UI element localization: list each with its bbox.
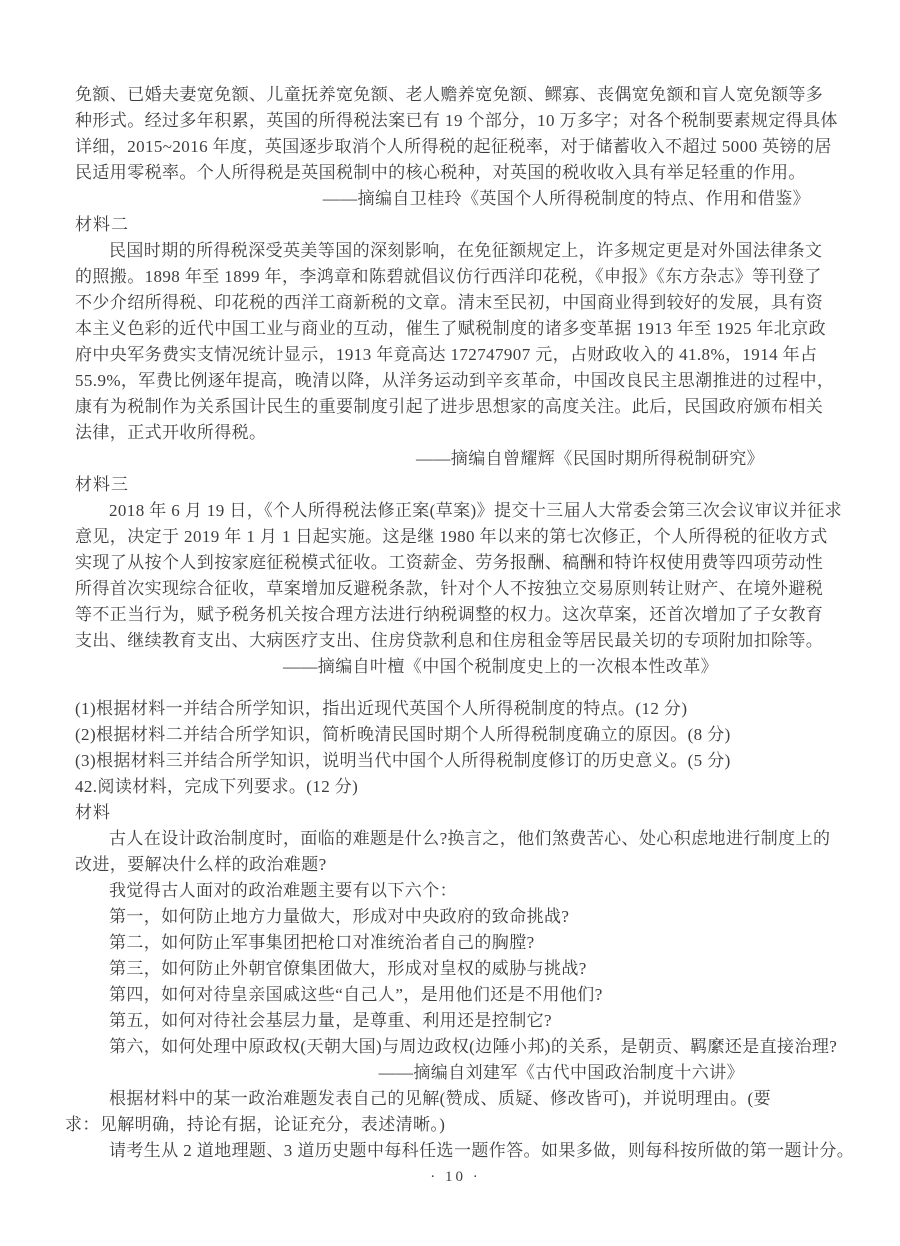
- material-one-text-line: 详细，2015~2016 年度，英国逐步取消个人所得税的起征税率，对于储蓄收入不…: [75, 134, 836, 160]
- question-42-item-5: 第五，如何对待社会基层力量，是尊重、利用还是控制它?: [75, 1008, 836, 1034]
- question-42-item-4: 第四，如何对待皇亲国戚这些“自己人”，是用他们还是不用他们?: [75, 982, 836, 1008]
- material-two-text-line: 法律，正式开收所得税。: [75, 420, 836, 446]
- question-42-intro: 42.阅读材料，完成下列要求。(12 分): [75, 774, 836, 800]
- question-42-text-line: 古人在设计政治制度时，面临的难题是什么?换言之，他们煞费苦心、处心积虑地进行制度…: [75, 826, 836, 852]
- material-two-text-line: 本主义色彩的近代中国工业与商业的互动，催生了赋税制度的诸多变革据 1913 年至…: [75, 316, 836, 342]
- material-two-text-line: 的照搬。1898 年至 1899 年，李鸿章和陈碧就倡议仿行西洋印花税，《申报》…: [75, 264, 836, 290]
- material-three-text-line: 等不正当行为，赋予税务机关按合理方法进行纳税调整的权力。这次草案，还首次增加了子…: [75, 602, 836, 628]
- material-three-text-line: 实现了从按个人到按家庭征税模式征收。工资薪金、劳务报酬、稿酬和特许权使用费等四项…: [75, 550, 836, 576]
- material-two-text-line: 55.9%，军费比例逐年提高，晚清以降，从洋务运动到辛亥革命，中国改良民主思潮推…: [75, 368, 836, 394]
- material-two-text-line: 不少介绍所得税、印花税的西洋工商新税的文章。清末至民初，中国商业得到较好的发展，…: [75, 290, 836, 316]
- material-two-text-line: 府中央军务费实支情况统计显示，1913 年竟高达 172747907 元，占财政…: [75, 342, 836, 368]
- exam-instruction: 请考生从 2 道地理题、3 道历史题中每科任选一题作答。如果多做，则每科按所做的…: [75, 1138, 836, 1164]
- question-42-material-heading: 材料: [75, 800, 836, 826]
- question-2: (2)根据材料二并结合所学知识，简析晚清民国时期个人所得税制度确立的原因。(8 …: [75, 722, 836, 748]
- exam-page: 免额、已婚夫妻宽免额、儿童抚养宽免额、老人赡养宽免额、鳏寡、丧偶宽免额和盲人宽免…: [0, 0, 900, 1246]
- question-42-task-line: 根据材料中的某一政治难题发表自己的见解(赞成、质疑、修改皆可)，并说明理由。(要: [75, 1086, 836, 1112]
- material-three-text-line: 支出、继续教育支出、大病医疗支出、住房贷款利息和住房租金等居民最关切的专项附加扣…: [75, 628, 836, 654]
- question-42-text-line: 改进，要解决什么样的政治难题?: [75, 852, 836, 878]
- question-42-task-line: 求：见解明确，持论有据，论证充分，表述清晰。): [65, 1112, 836, 1138]
- question-3: (3)根据材料三并结合所学知识，说明当代中国个人所得税制度修订的历史意义。(5 …: [75, 748, 836, 774]
- document-body: 免额、已婚夫妻宽免额、儿童抚养宽免额、老人赡养宽免额、鳏寡、丧偶宽免额和盲人宽免…: [75, 82, 836, 1164]
- material-two-heading: 材料二: [75, 212, 836, 238]
- question-1: (1)根据材料一并结合所学知识，指出近现代英国个人所得税制度的特点。(12 分): [75, 696, 836, 722]
- material-two-attribution: ——摘编自曾耀辉《民国时期所得税制研究》: [75, 446, 836, 472]
- material-three-heading: 材料三: [75, 472, 836, 498]
- question-42-item-6: 第六，如何处理中原政权(天朝大国)与周边政权(边陲小邦)的关系，是朝贡、羁縻还是…: [75, 1034, 836, 1060]
- question-42-item-3: 第三，如何防止外朝官僚集团做大，形成对皇权的威胁与挑战?: [75, 956, 836, 982]
- material-one-text-line: 民适用零税率。个人所得税是英国税制中的核心税种，对英国的税收收入具有举足轻重的作…: [75, 160, 836, 186]
- material-one-text-line: 免额、已婚夫妻宽免额、儿童抚养宽免额、老人赡养宽免额、鳏寡、丧偶宽免额和盲人宽免…: [75, 82, 836, 108]
- question-42-attribution: ——摘编自刘建军《古代中国政治制度十六讲》: [75, 1060, 836, 1086]
- question-42-item-1: 第一，如何防止地方力量做大，形成对中央政府的致命挑战?: [75, 904, 836, 930]
- page-number: · 10 ·: [75, 1164, 836, 1190]
- material-three-text-line: 意见，决定于 2019 年 1 月 1 日起实施。这是继 1980 年以来的第七…: [75, 524, 836, 550]
- material-three-text-line: 2018 年 6 月 19 日，《个人所得税法修正案(草案)》提交十三届人大常委…: [75, 498, 836, 524]
- question-42-text-line: 我觉得古人面对的政治难题主要有以下六个：: [75, 878, 836, 904]
- material-one-text-line: 种形式。经过多年积累，英国的所得税法案已有 19 个部分，10 万多字；对各个税…: [75, 108, 836, 134]
- material-three-text-line: 所得首次实现综合征收，草案增加反避税条款，针对个人不按独立交易原则转让财产、在境…: [75, 576, 836, 602]
- question-42-item-2: 第二，如何防止军事集团把枪口对准统治者自己的胸膛?: [75, 930, 836, 956]
- material-one-attribution: ——摘编自卫桂玲《英国个人所得税制度的特点、作用和借鉴》: [75, 186, 836, 212]
- material-two-text-line: 康有为税制作为关系国计民生的重要制度引起了进步思想家的高度关注。此后，民国政府颁…: [75, 394, 836, 420]
- material-two-text-line: 民国时期的所得税深受英美等国的深刻影响，在免征额规定上，许多规定更是对外国法律条…: [75, 238, 836, 264]
- material-three-attribution: ——摘编自叶檀《中国个税制度史上的一次根本性改革》: [75, 654, 836, 680]
